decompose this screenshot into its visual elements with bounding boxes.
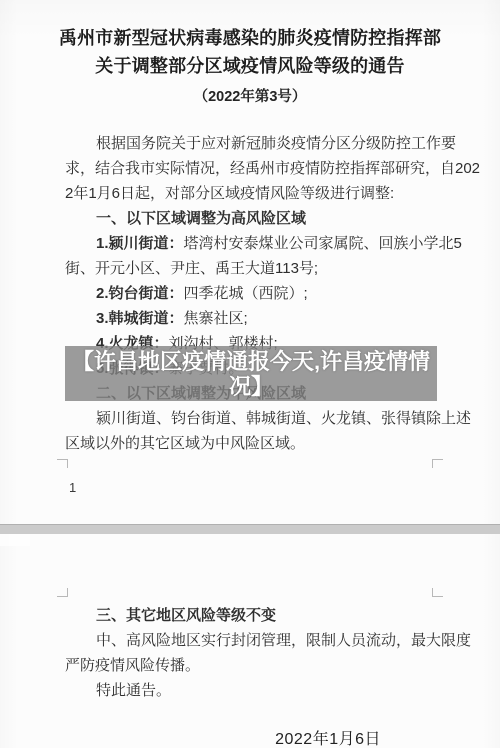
notice-title-line1: 禹州市新型冠状病毒感染的肺炎疫情防控指挥部 [30, 24, 470, 52]
margin-corner-mark [432, 588, 443, 597]
text-line: 2.钧台街道：四季花城（西院）; [65, 281, 449, 306]
notice-body-page1: 根据国务院关于应对新冠肺炎疫情分区分级防控工作要求，结合我市实际情况，经禹州市疫… [65, 131, 449, 456]
notice-title: 禹州市新型冠状病毒感染的肺炎疫情防控指挥部 关于调整部分区域疫情风险等级的通告 [30, 24, 470, 80]
document-scan: 禹州市新型冠状病毒感染的肺炎疫情防控指挥部 关于调整部分区域疫情风险等级的通告 … [0, 0, 500, 748]
text-line: 2年1月6日起，对部分区域疫情风险等级进行调整: [65, 181, 449, 206]
page-number: 1 [69, 480, 76, 495]
margin-corner-mark [57, 459, 68, 468]
margin-corner-mark [57, 588, 68, 597]
text-line: 颍川街道、钧台街道、韩城街道、火龙镇、张得镇除上述 [65, 406, 449, 431]
text-line: 三、其它地区风险等级不变 [65, 603, 449, 628]
text-line: 1.颍川街道：塔湾村安泰煤业公司家属院、回族小学北5 [65, 231, 449, 256]
text-line: 3.韩城街道：焦寨社区; [65, 306, 449, 331]
page-break-bar [0, 524, 500, 534]
text-line: 求，结合我市实际情况，经禹州市疫情防控指挥部研究，自202 [65, 156, 449, 181]
text-line: 根据国务院关于应对新冠肺炎疫情分区分级防控工作要 [65, 131, 449, 156]
notice-title-line2: 关于调整部分区域疫情风险等级的通告 [30, 52, 470, 80]
text-line: 街、开元小区、尹庄、禹王大道113号; [65, 256, 449, 281]
page-break-notch [0, 534, 30, 546]
notice-body-page2: 三、其它地区风险等级不变中、高风险地区实行封闭管理，限制人员流动，最大限度严防疫… [65, 603, 449, 703]
watermark-text-line2: 况】 [229, 374, 273, 399]
text-line: 区域以外的其它区域为中风险区域。 [65, 431, 449, 456]
watermark-banner: 【许昌地区疫情通报今天,许昌疫情情 况】 [65, 346, 437, 401]
doc-number: （2022年第3号） [0, 85, 500, 106]
text-line: 一、以下区域调整为高风险区域 [65, 206, 449, 231]
text-line: 中、高风险地区实行封闭管理，限制人员流动，最大限度 [65, 628, 449, 653]
watermark-text-line1: 【许昌地区疫情通报今天,许昌疫情情 [72, 349, 430, 374]
notice-date: 2022年1月6日 [65, 726, 381, 748]
text-line: 特此通告。 [65, 678, 449, 703]
margin-corner-mark [432, 459, 443, 468]
text-line: 严防疫情风险传播。 [65, 653, 449, 678]
